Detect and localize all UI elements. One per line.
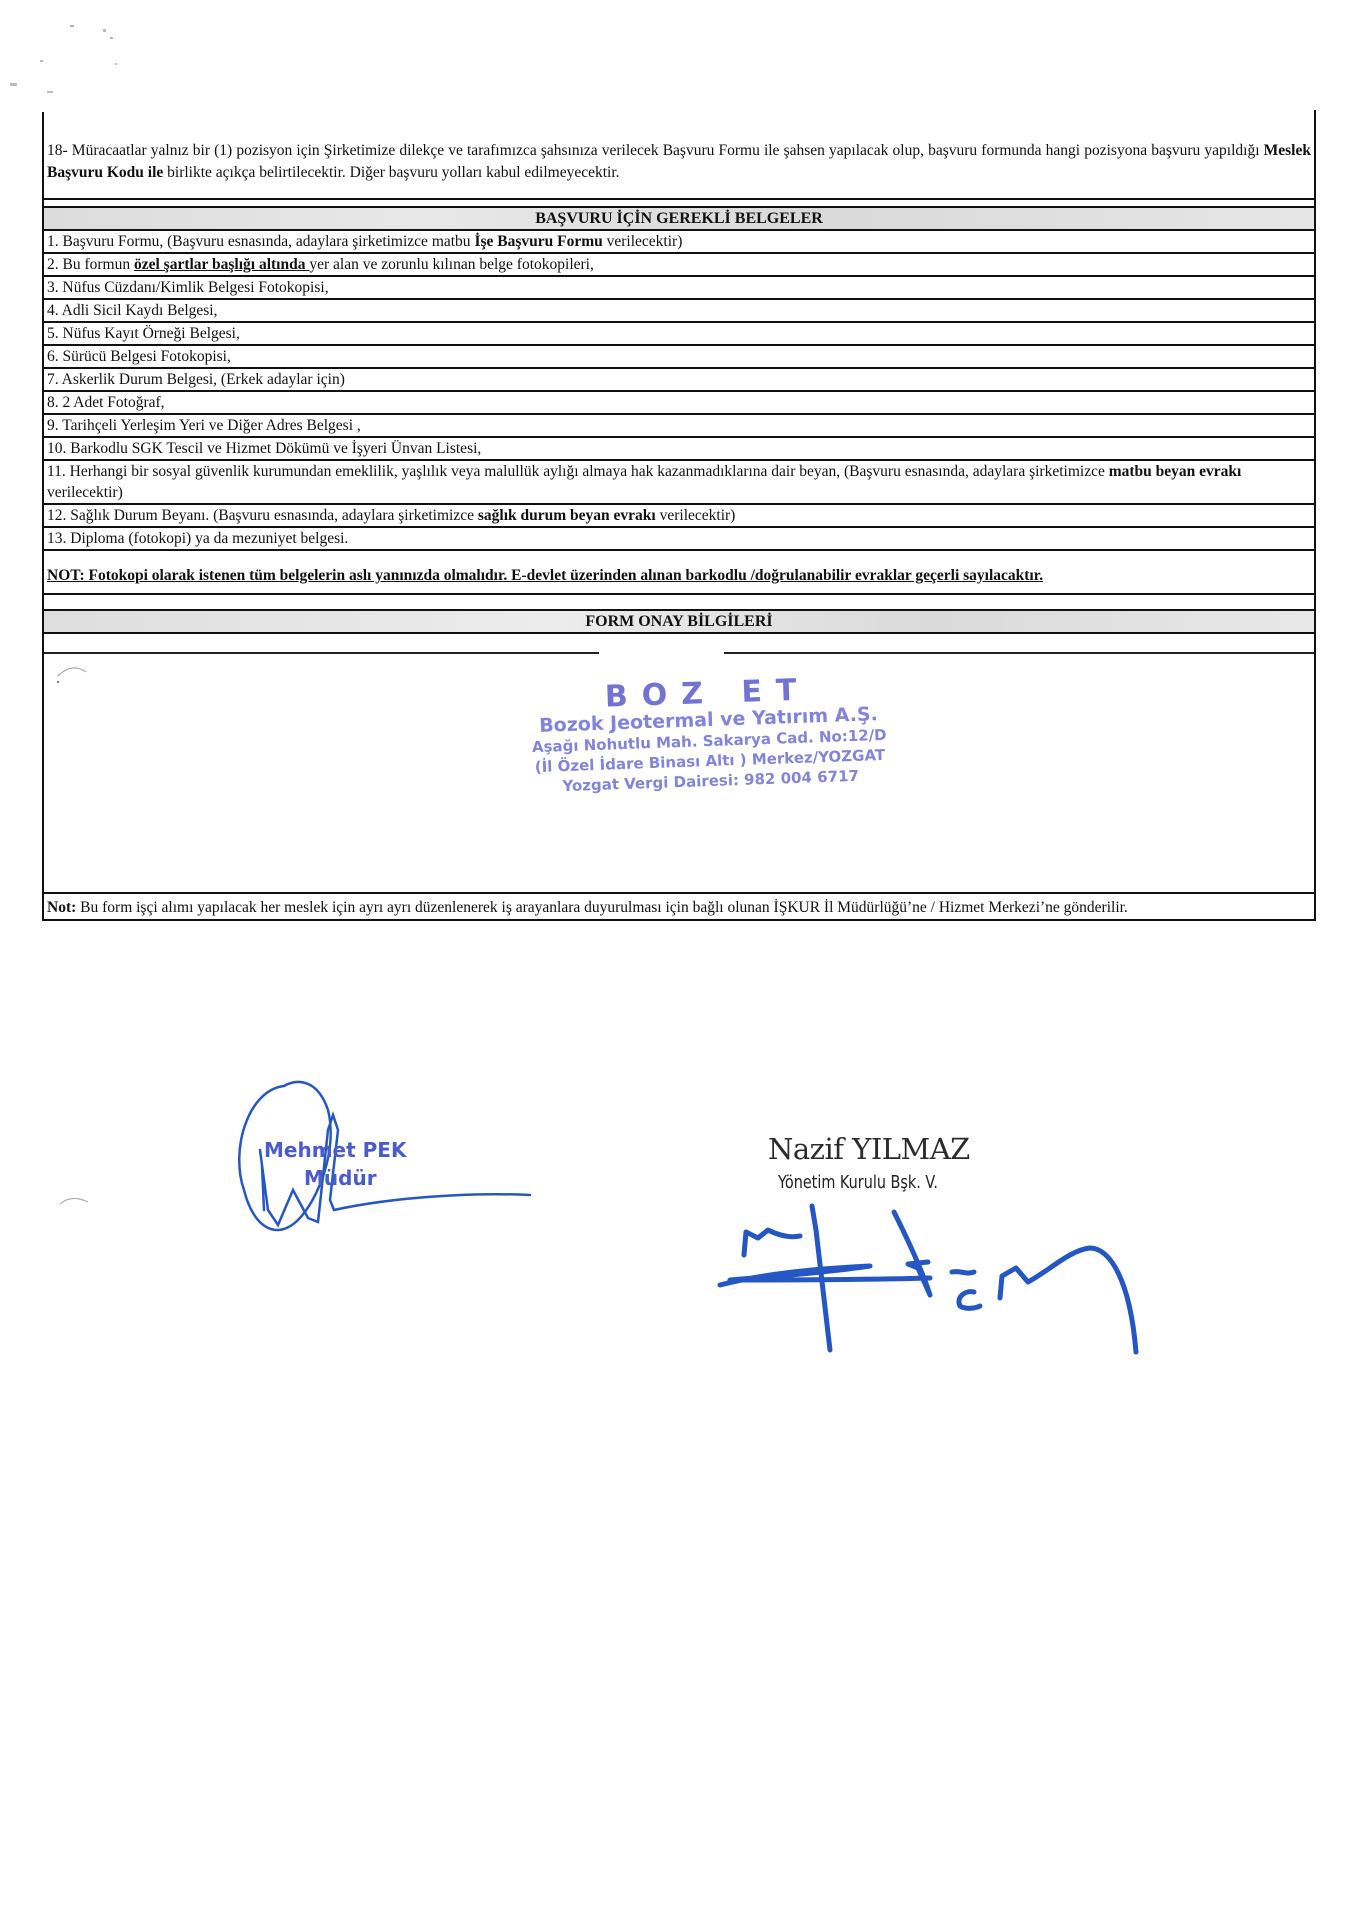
document-page: 18- Müracaatlar yalnız bir (1) pozisyon … [0,0,1358,1920]
required-document-item: 1. Başvuru Formu, (Başvuru esnasında, ad… [44,231,1314,254]
required-document-item: 2. Bu formun özel şartlar başlığı altınd… [44,254,1314,277]
required-document-item: 8. 2 Adet Fotoğraf, [44,392,1314,415]
scan-specks [0,0,200,130]
required-document-item: 12. Sağlık Durum Beyanı. (Başvuru esnası… [44,505,1314,528]
required-document-item: 7. Askerlik Durum Belgesi, (Erkek adayla… [44,369,1314,392]
required-document-item: 13. Diploma (fotokopi) ya da mezuniyet b… [44,528,1314,551]
company-stamp: BOZ ET Bozok Jeotermal ve Yatırım A.Ş. A… [497,669,921,799]
handwritten-signature-right [690,1120,1150,1360]
pen-mark [54,658,134,698]
required-document-item: 4. Adli Sicil Kaydı Belgesi, [44,300,1314,323]
required-document-item: 11. Herhangi bir sosyal güvenlik kurumun… [44,461,1314,505]
handwritten-signature-left [238,1070,558,1260]
signature-mehmet-pek: Mehmet PEK Müdür [238,1070,558,1260]
required-documents-list: 1. Başvuru Formu, (Başvuru esnasında, ad… [44,231,1314,551]
photocopy-note: NOT: Fotokopi olarak istenen tüm belgele… [44,551,1314,595]
clause-18: 18- Müracaatlar yalnız bir (1) pozisyon … [44,122,1314,200]
iskur-note: Not: Bu form işçi alımı yapılacak her me… [44,894,1314,921]
signature-line-left [44,652,599,654]
pen-mark [58,1192,98,1212]
signature-nazif-yilmaz: Nazif YILMAZ Yönetim Kurulu Bşk. V. [690,1120,1150,1360]
signature-line-right [724,652,1314,654]
required-document-item: 3. Nüfus Cüzdanı/Kimlik Belgesi Fotokopi… [44,277,1314,300]
required-documents-heading: BAŞVURU İÇİN GEREKLİ BELGELER [44,206,1314,231]
required-document-item: 5. Nüfus Kayıt Örneği Belgesi, [44,323,1314,346]
required-document-item: 6. Sürücü Belgesi Fotokopisi, [44,346,1314,369]
required-document-item: 10. Barkodlu SGK Tescil ve Hizmet Dökümü… [44,438,1314,461]
application-form: 18- Müracaatlar yalnız bir (1) pozisyon … [42,122,1316,921]
required-document-item: 9. Tarihçeli Yerleşim Yeri ve Diğer Adre… [44,415,1314,438]
form-approval-heading: FORM ONAY BİLGİLERİ [44,609,1314,634]
form-approval-area: BOZ ET Bozok Jeotermal ve Yatırım A.Ş. A… [44,634,1314,894]
